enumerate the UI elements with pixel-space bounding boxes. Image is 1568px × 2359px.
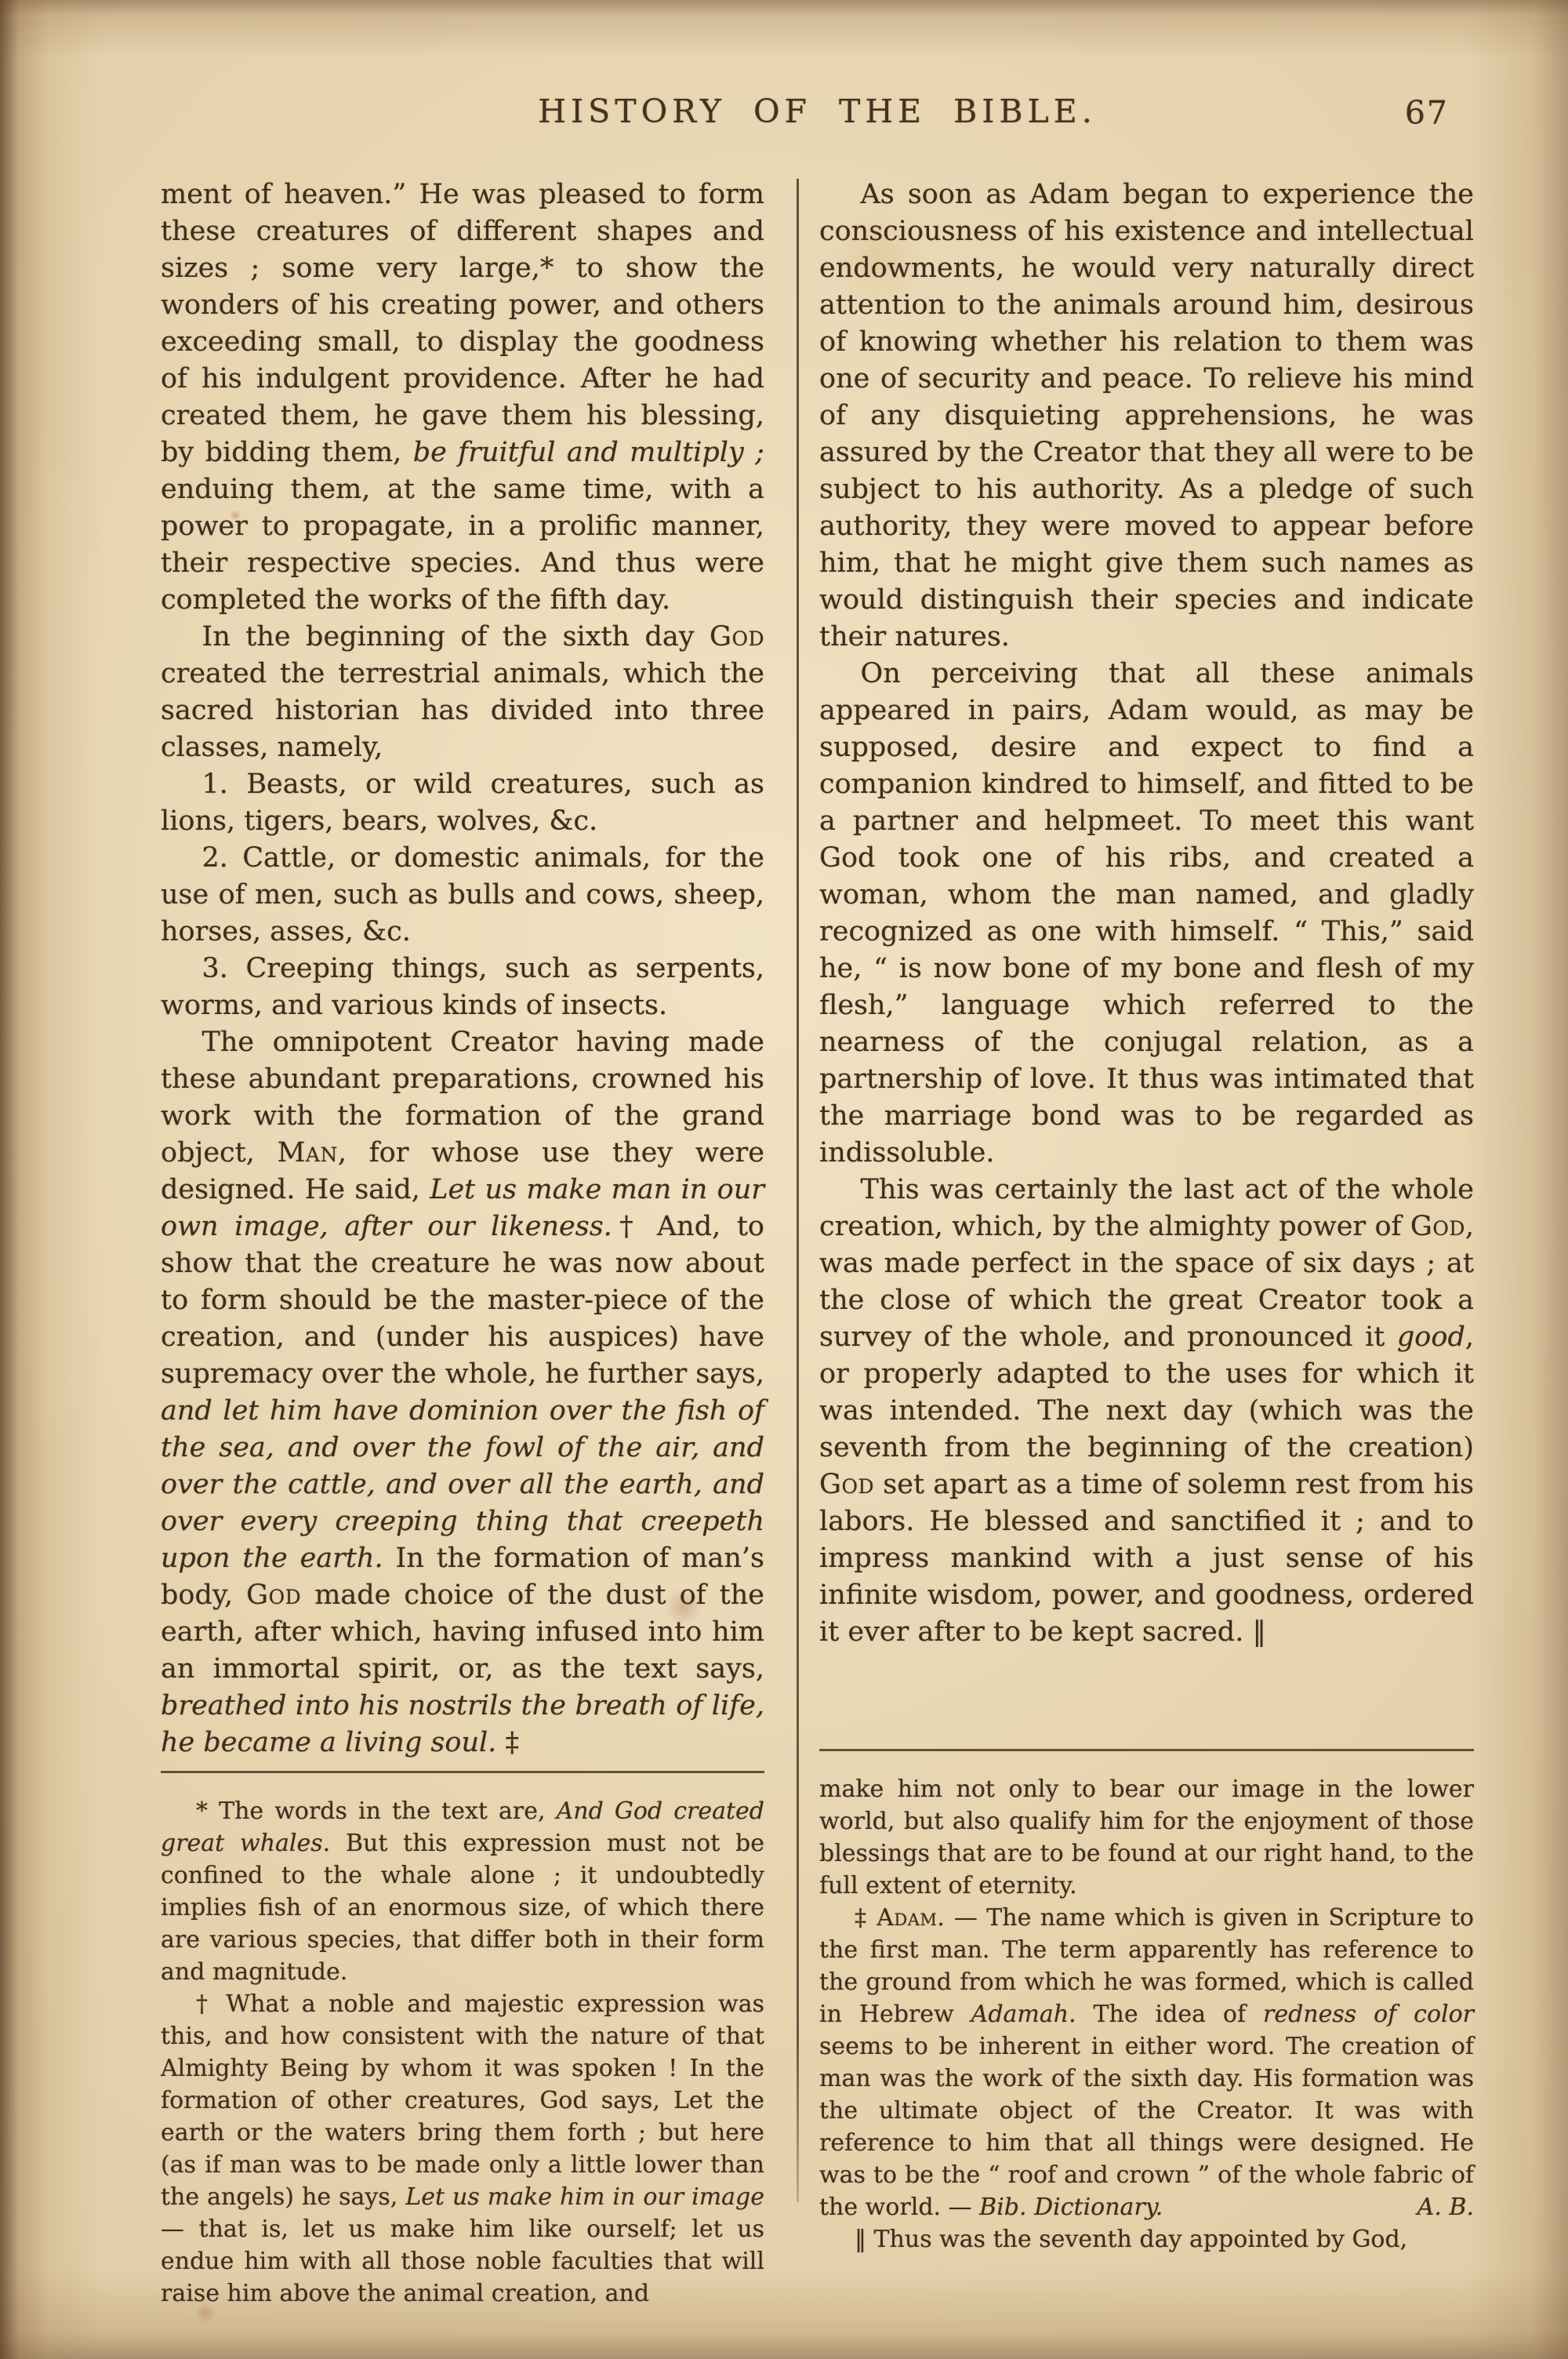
text-segment: Bib. Dictionary. <box>979 2194 1163 2221</box>
running-head-title: HISTORY OF THE BIBLE. <box>538 93 1097 130</box>
text-segment: enduing them, at the same time, with a p… <box>161 474 764 616</box>
paragraph: As soon as Adam began to experience the … <box>819 176 1474 656</box>
text-segment: ‖ Thus was the seventh day appointed by … <box>855 2226 1407 2253</box>
text-segment: God <box>710 621 764 652</box>
text-segment: redness of color <box>1263 2001 1474 2028</box>
text-segment: 3. Creeping things, such as serpents, wo… <box>161 953 764 1021</box>
text-segment: created the terrestrial animals, which t… <box>161 658 764 763</box>
text-segment: be fruitful and multiply ; <box>413 437 764 468</box>
text-segment: ‡ <box>496 1727 519 1758</box>
footnote-rule-left <box>161 1771 764 1773</box>
text-segment: breathed into his nostrils the breath of… <box>161 1690 764 1758</box>
paragraph: 3. Creeping things, such as serpents, wo… <box>161 951 764 1024</box>
text-segment: 1. Beasts, or wild creatures, such as li… <box>161 769 764 837</box>
text-segment: 2. Cattle, or domestic animals, for the … <box>161 842 764 947</box>
page-number: 67 <box>1405 94 1449 132</box>
paragraph: ‡ Adam. — The name which is given in Scr… <box>819 1902 1474 2223</box>
text-segment: God <box>1410 1211 1465 1242</box>
text-segment: set apart as a time of solemn rest from … <box>819 1469 1474 1648</box>
text-segment: Man <box>278 1137 338 1169</box>
text-segment: Adam. <box>877 1904 945 1932</box>
footnote-rule-right <box>819 1749 1474 1751</box>
column-right-main-text: As soon as Adam began to experience the … <box>819 176 1474 1739</box>
text-columns: ment of heaven.” He was pleased to form … <box>161 176 1474 2310</box>
paragraph: ‖ Thus was the seventh day appointed by … <box>819 2223 1474 2255</box>
text-segment: * The words in the text are, <box>196 1797 557 1825</box>
paragraph: make him not only to bear our image in t… <box>819 1773 1474 1902</box>
paragraph: * The words in the text are, And God cre… <box>161 1795 764 1988</box>
text-segment: — that is, let us make him like ourself;… <box>161 2215 764 2307</box>
paragraph: 1. Beasts, or wild creatures, such as li… <box>161 766 764 840</box>
column-right-footnotes: make him not only to bear our image in t… <box>819 1773 1474 2255</box>
text-segment: Let us make him in our image <box>405 2183 764 2211</box>
text-segment: God <box>246 1579 301 1611</box>
column-left-main-text: ment of heaven.” He was pleased to form … <box>161 176 764 1761</box>
text-segment: make him not only to bear our image in t… <box>819 1776 1474 1899</box>
attribution: A. B. <box>1382 2191 1474 2223</box>
paragraph: ment of heaven.” He was pleased to form … <box>161 176 764 619</box>
text-segment: This was certainly the last act of the w… <box>819 1174 1474 1242</box>
text-segment: As soon as Adam began to experience the … <box>819 179 1474 652</box>
page-header: HISTORY OF THE BIBLE. 67 <box>161 93 1474 147</box>
book-page-scan: { "header": { "title": "HISTORY OF THE B… <box>0 0 1568 2359</box>
text-segment: Adamah <box>971 2001 1069 2028</box>
column-left: ment of heaven.” He was pleased to form … <box>161 176 764 2310</box>
paragraph: † What a noble and majestic expression w… <box>161 1988 764 2310</box>
column-right: As soon as Adam began to experience the … <box>819 176 1474 2310</box>
paragraph: 2. Cattle, or domestic animals, for the … <box>161 840 764 951</box>
text-segment: In the beginning of the sixth day <box>202 621 710 652</box>
text-segment: On perceiving that all these animals app… <box>819 658 1474 1169</box>
text-segment: † What a noble and majestic expression w… <box>161 1990 764 2211</box>
column-left-footnotes: * The words in the text are, And God cre… <box>161 1795 764 2310</box>
text-segment: good <box>1397 1321 1465 1353</box>
paragraph: The omnipotent Creator having made these… <box>161 1024 764 1761</box>
paragraph: On perceiving that all these animals app… <box>819 656 1474 1172</box>
text-segment: God <box>819 1469 874 1500</box>
text-segment: ment of heaven.” He was pleased to form … <box>161 179 764 468</box>
paragraph: In the beginning of the sixth day God cr… <box>161 619 764 766</box>
text-segment: seems to be inherent in either word. The… <box>819 2033 1474 2221</box>
paragraph: This was certainly the last act of the w… <box>819 1172 1474 1651</box>
text-segment: . The idea of <box>1069 2001 1263 2028</box>
text-segment: ‡ <box>855 1904 877 1932</box>
